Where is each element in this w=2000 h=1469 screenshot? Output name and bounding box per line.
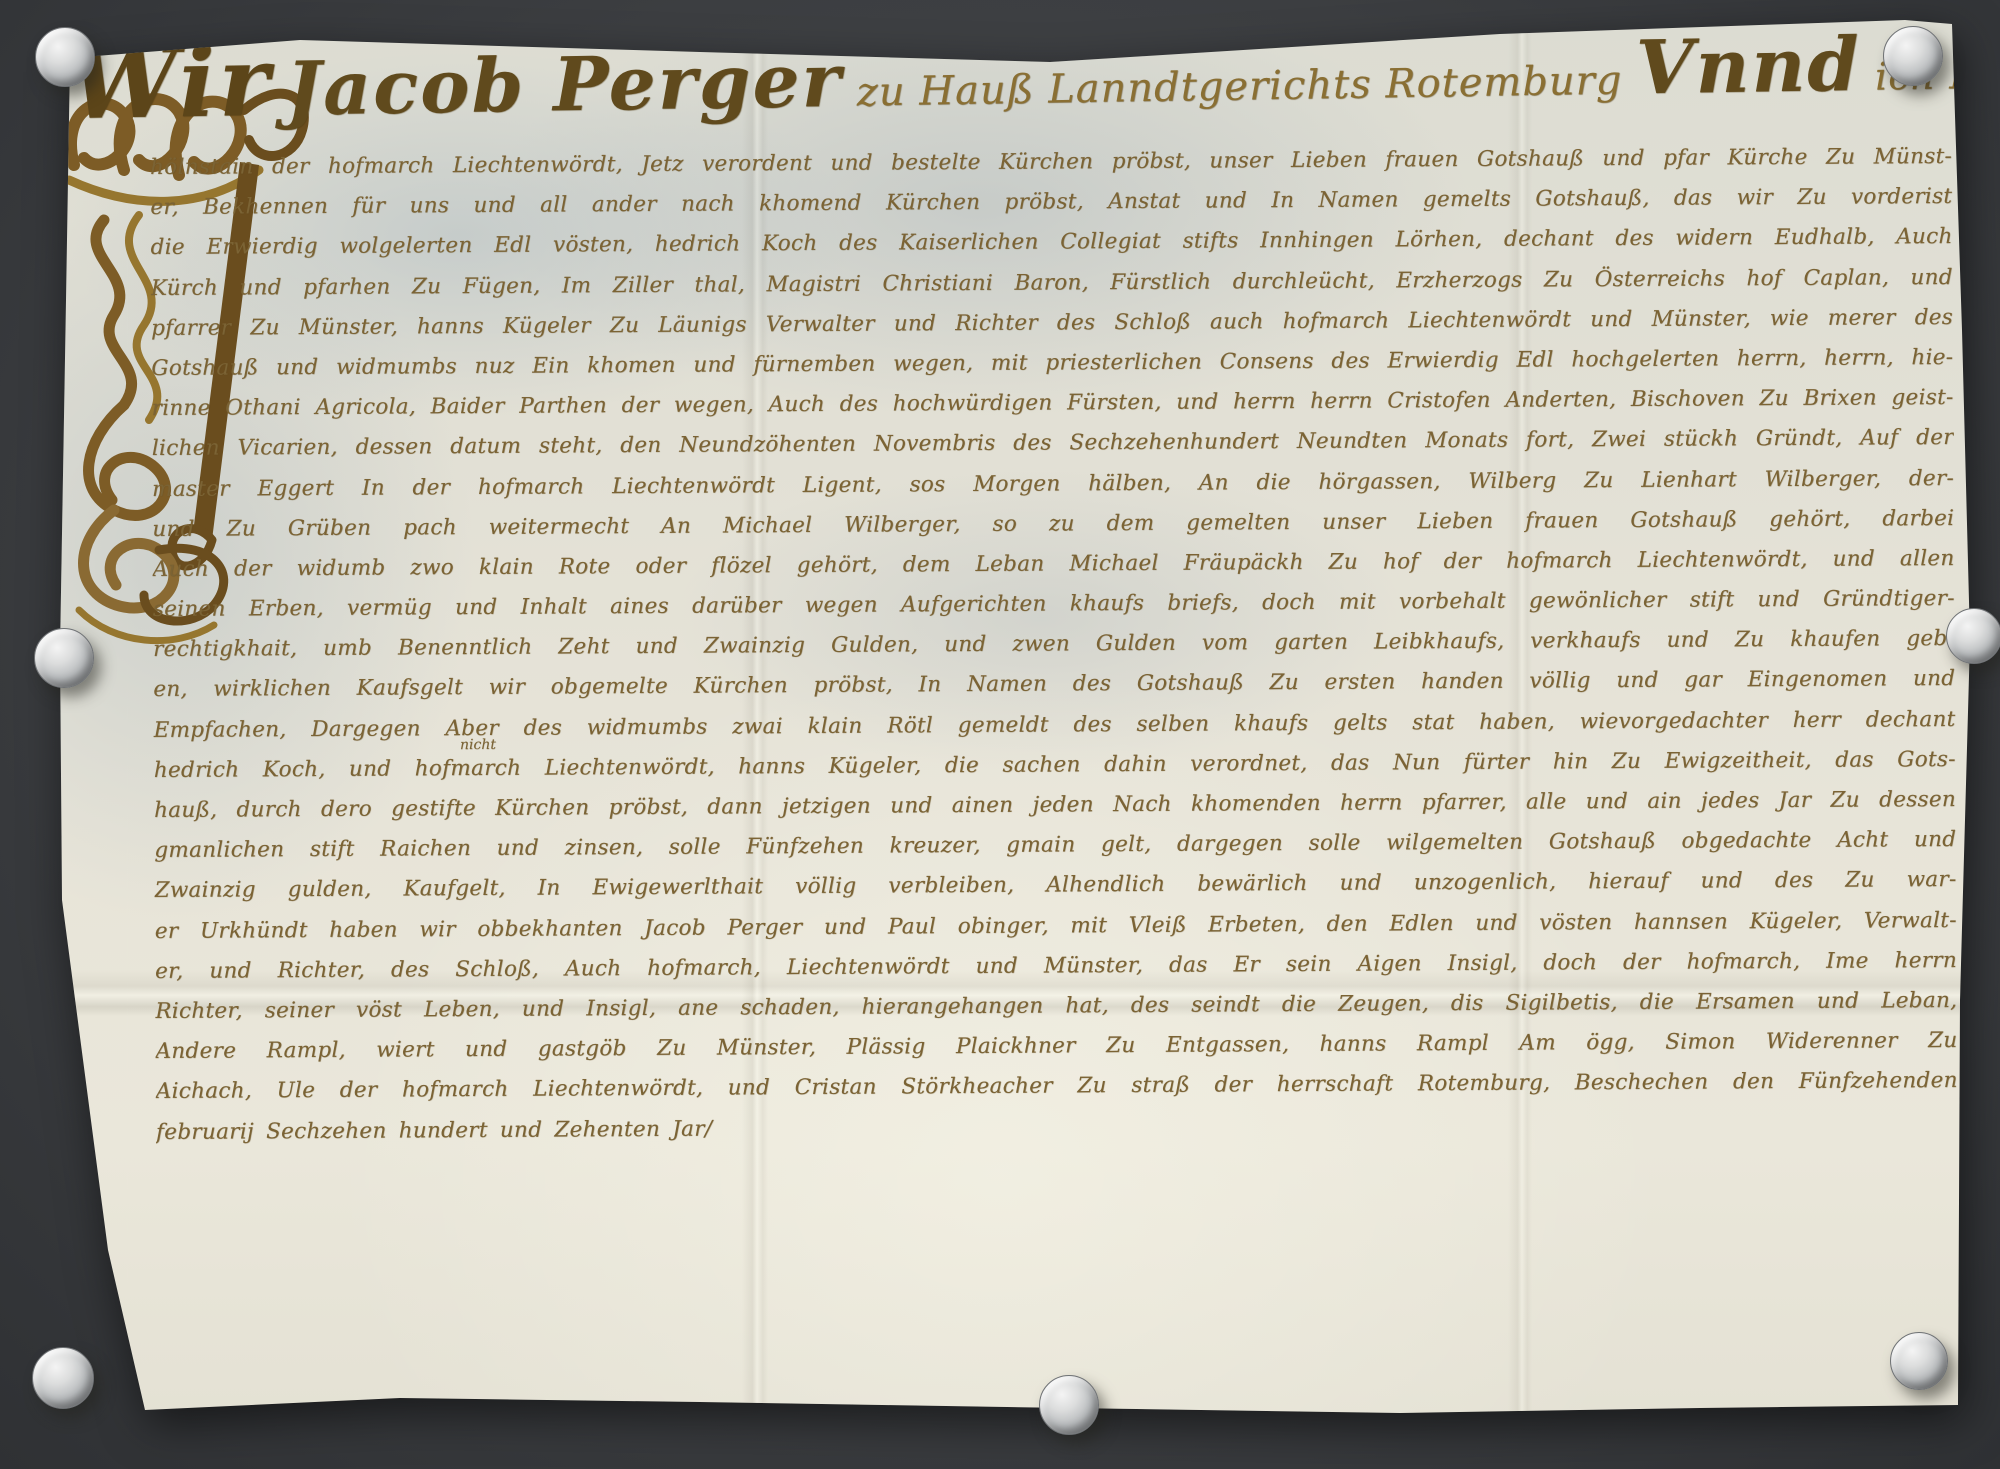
interlinear-insertion: nicht [460, 737, 496, 753]
parchment-sheet: WirJacob Pergerzu Hauß Lanndtgerichts Ro… [0, 0, 2000, 1469]
parchment-shadow-wrap: WirJacob Pergerzu Hauß Lanndtgerichts Ro… [0, 0, 2000, 1469]
paperweight-left-middle [34, 628, 94, 688]
heading-segment: zu Hauß Lanndtgerichts Rotemburg [856, 58, 1622, 116]
heading-segment: Wir [69, 25, 273, 141]
heading-segment: Jacob Perger [285, 38, 843, 133]
photograph-of-charter: WirJacob Pergerzu Hauß Lanndtgerichts Ro… [0, 0, 2000, 1469]
charter-body-text: hölnstain der hofmarch Liechtenwördt, Je… [150, 137, 1958, 1153]
paperweight-bottom-center [1039, 1375, 1099, 1435]
paperweight-top-right [1883, 26, 1943, 86]
charter-heading: WirJacob Pergerzu Hauß Lanndtgerichts Ro… [69, 0, 1951, 158]
paperweight-top-left [35, 27, 95, 87]
paperweight-bottom-right [1890, 1332, 1948, 1390]
paperweight-bottom-left [32, 1347, 94, 1409]
paperweight-right-middle [1946, 608, 2000, 664]
heading-segment: Vnnd [1635, 22, 1861, 112]
